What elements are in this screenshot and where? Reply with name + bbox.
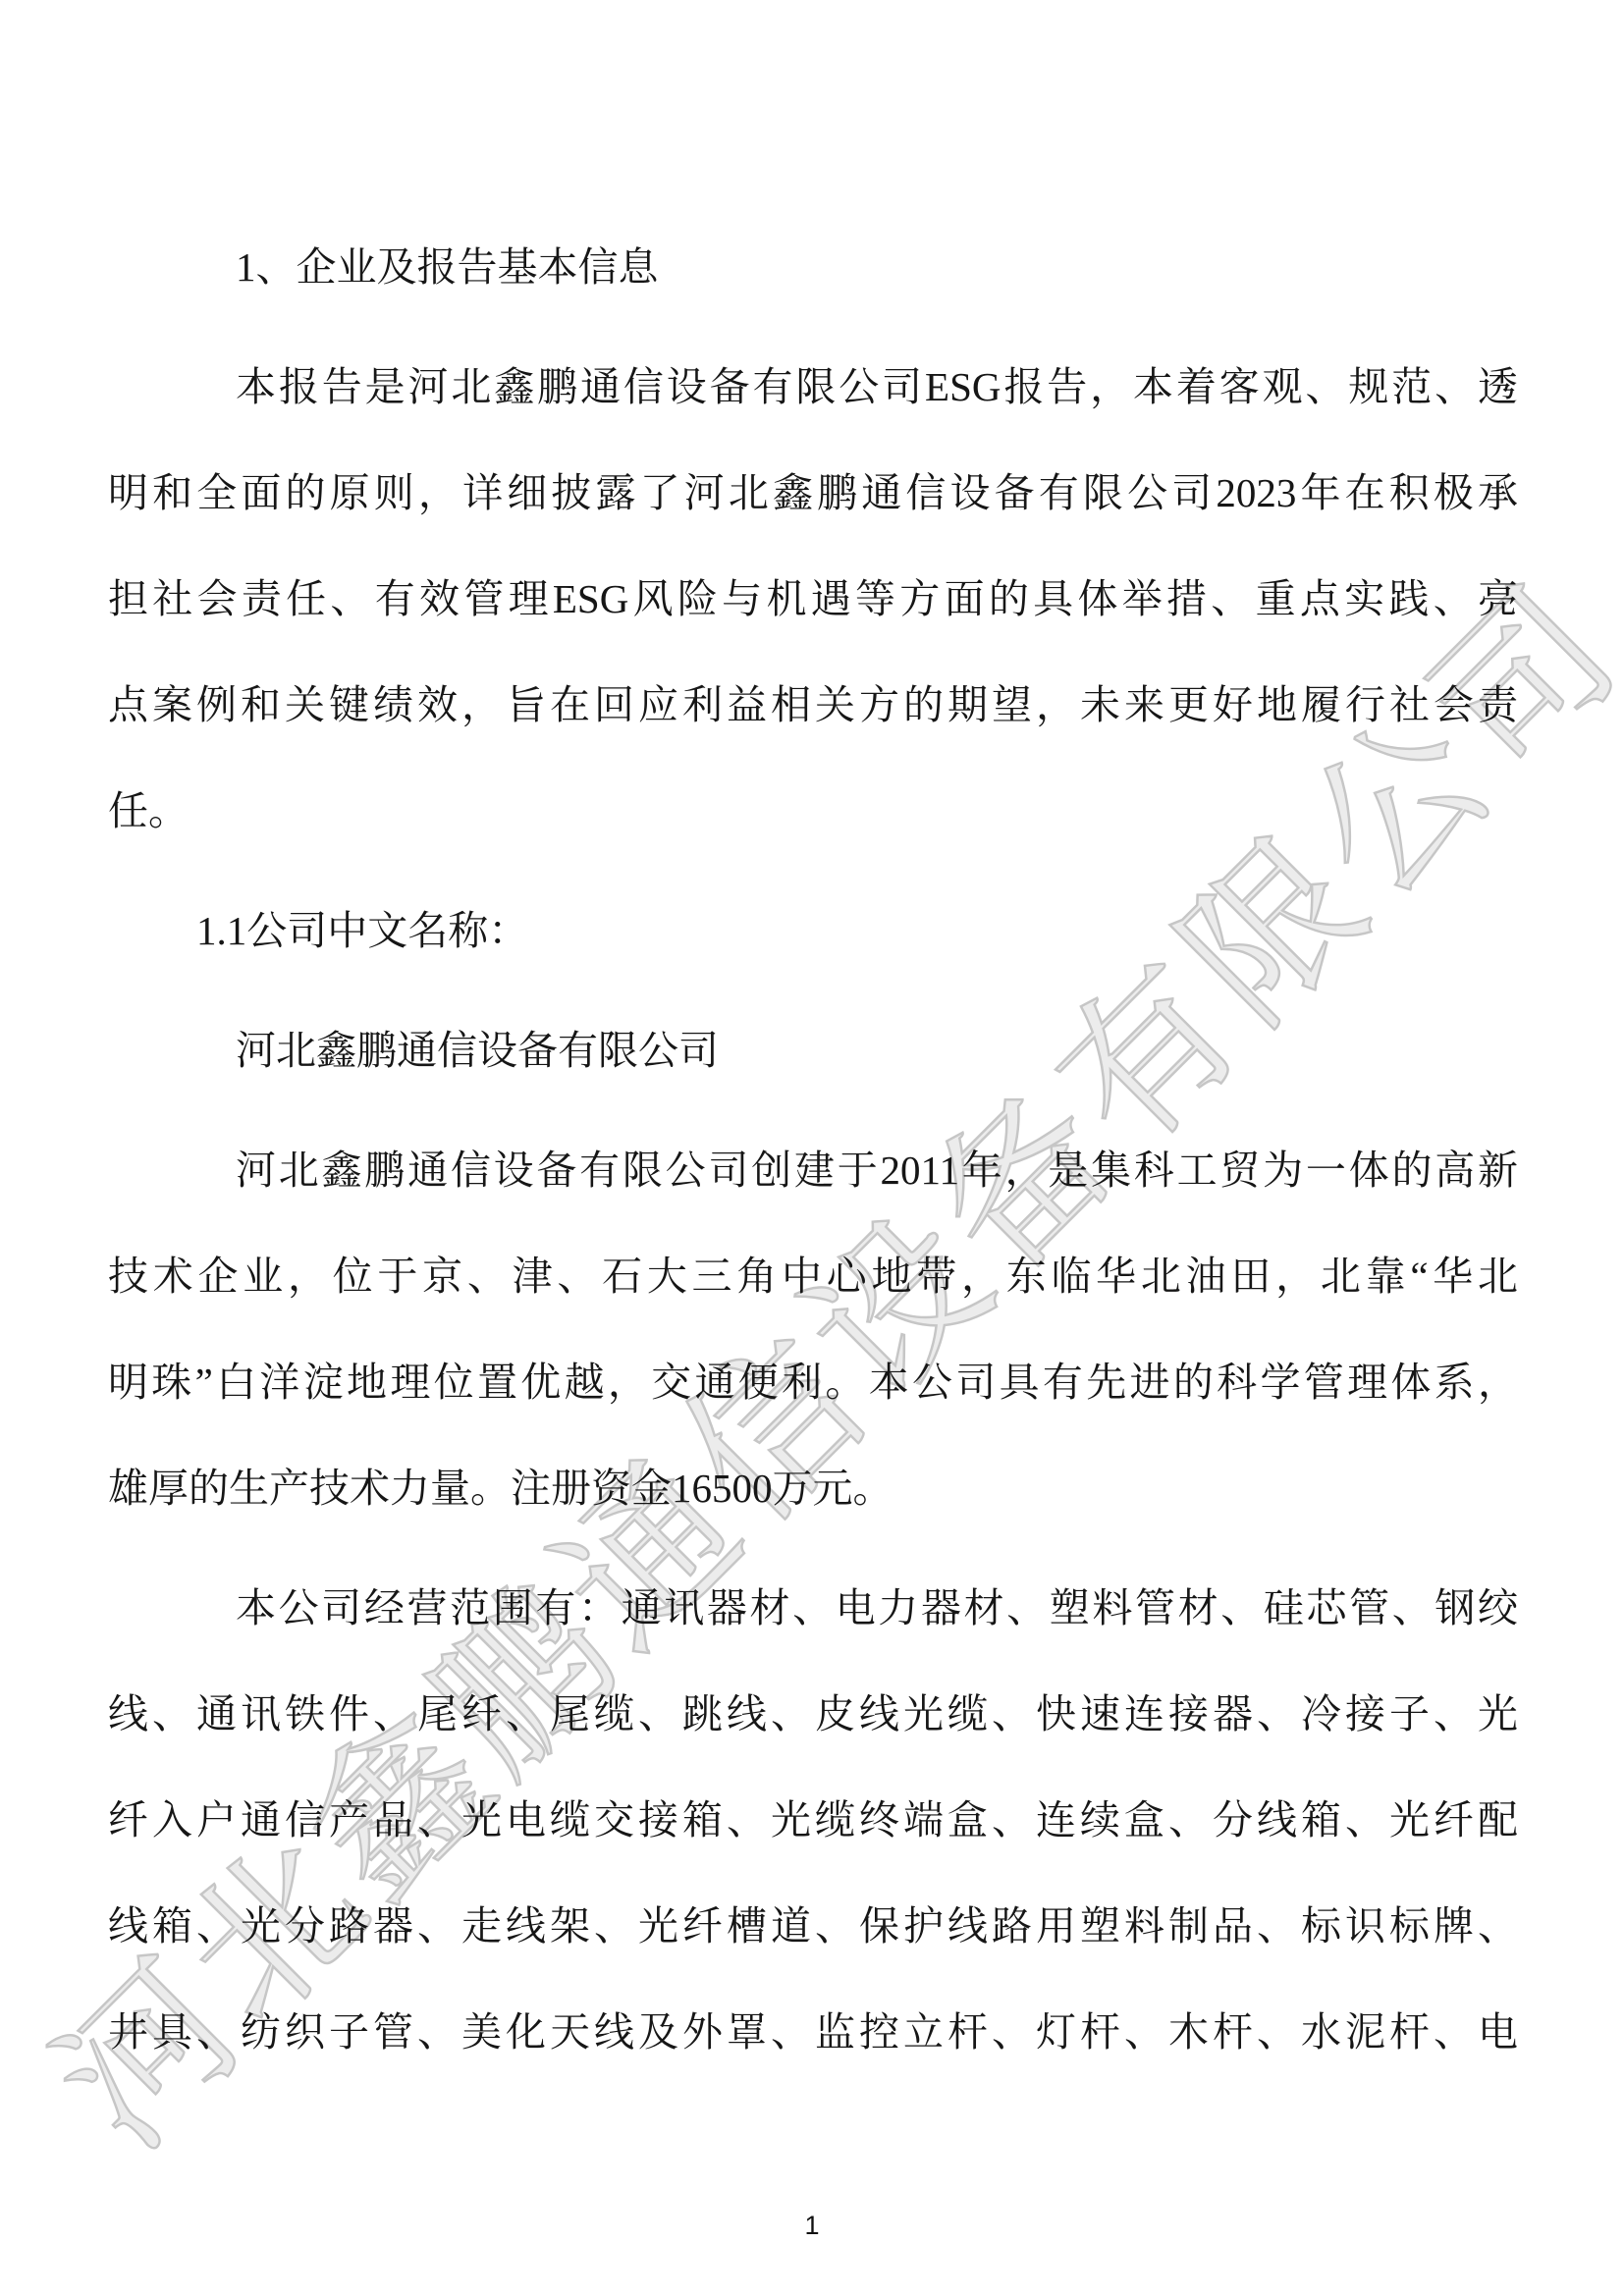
sub-heading: 1.1公司中文名称： <box>108 878 1518 984</box>
paragraph-line: 技术企业，位于京、津、石大三角中心地带，东临华北油田，北靠“华北 <box>108 1223 1518 1329</box>
document-page: 河北鑫鹏通信设备有限公司 1、企业及报告基本信息本报告是河北鑫鹏通信设备有限公司… <box>0 0 1624 2296</box>
paragraph-line: 明珠”白洋淀地理位置优越，交通便利。本公司具有先进的科学管理体系， <box>108 1329 1518 1435</box>
paragraph-line: 本公司经营范围有：通讯器材、电力器材、塑料管材、硅芯管、钢绞 <box>108 1555 1518 1661</box>
paragraph-line: 雄厚的生产技术力量。注册资金16500万元。 <box>108 1435 1518 1541</box>
paragraph-line: 担社会责任、有效管理ESG风险与机遇等方面的具体举措、重点实践、亮 <box>108 546 1518 652</box>
section-heading: 1、企业及报告基本信息 <box>108 214 1518 320</box>
document-body: 1、企业及报告基本信息本报告是河北鑫鹏通信设备有限公司ESG报告，本着客观、规范… <box>108 214 1518 2099</box>
paragraph-line: 本报告是河北鑫鹏通信设备有限公司ESG报告，本着客观、规范、透 <box>108 334 1518 440</box>
sub-heading-line: 1.1公司中文名称： <box>108 878 1518 984</box>
paragraph-line: 明和全面的原则，详细披露了河北鑫鹏通信设备有限公司2023年在积极承 <box>108 440 1518 546</box>
paragraph-line: 线箱、光分路器、走线架、光纤槽道、保护线路用塑料制品、标识标牌、 <box>108 1873 1518 1979</box>
paragraph-line: 井具、纺织子管、美化天线及外罩、监控立杆、灯杆、木杆、水泥杆、电 <box>108 1979 1518 2085</box>
paragraph: 河北鑫鹏通信设备有限公司创建于2011年，是集科工贸为一体的高新技术企业，位于京… <box>108 1117 1518 1541</box>
paragraph-line: 任。 <box>108 758 1518 864</box>
paragraph-line: 纤入户通信产品、光电缆交接箱、光缆终端盒、连续盒、分线箱、光纤配 <box>108 1767 1518 1873</box>
paragraph: 河北鑫鹏通信设备有限公司 <box>108 997 1518 1103</box>
paragraph-line: 点案例和关键绩效，旨在回应利益相关方的期望，未来更好地履行社会责 <box>108 652 1518 758</box>
paragraph-line: 线、通讯铁件、尾纤、尾缆、跳线、皮线光缆、快速连接器、冷接子、光 <box>108 1661 1518 1767</box>
paragraph: 本公司经营范围有：通讯器材、电力器材、塑料管材、硅芯管、钢绞线、通讯铁件、尾纤、… <box>108 1555 1518 2085</box>
paragraph-line: 河北鑫鹏通信设备有限公司创建于2011年，是集科工贸为一体的高新 <box>108 1117 1518 1223</box>
paragraph-line: 河北鑫鹏通信设备有限公司 <box>108 997 1518 1103</box>
section-heading-line: 1、企业及报告基本信息 <box>108 214 1518 320</box>
paragraph: 本报告是河北鑫鹏通信设备有限公司ESG报告，本着客观、规范、透明和全面的原则，详… <box>108 334 1518 864</box>
page-number: 1 <box>0 2211 1624 2241</box>
